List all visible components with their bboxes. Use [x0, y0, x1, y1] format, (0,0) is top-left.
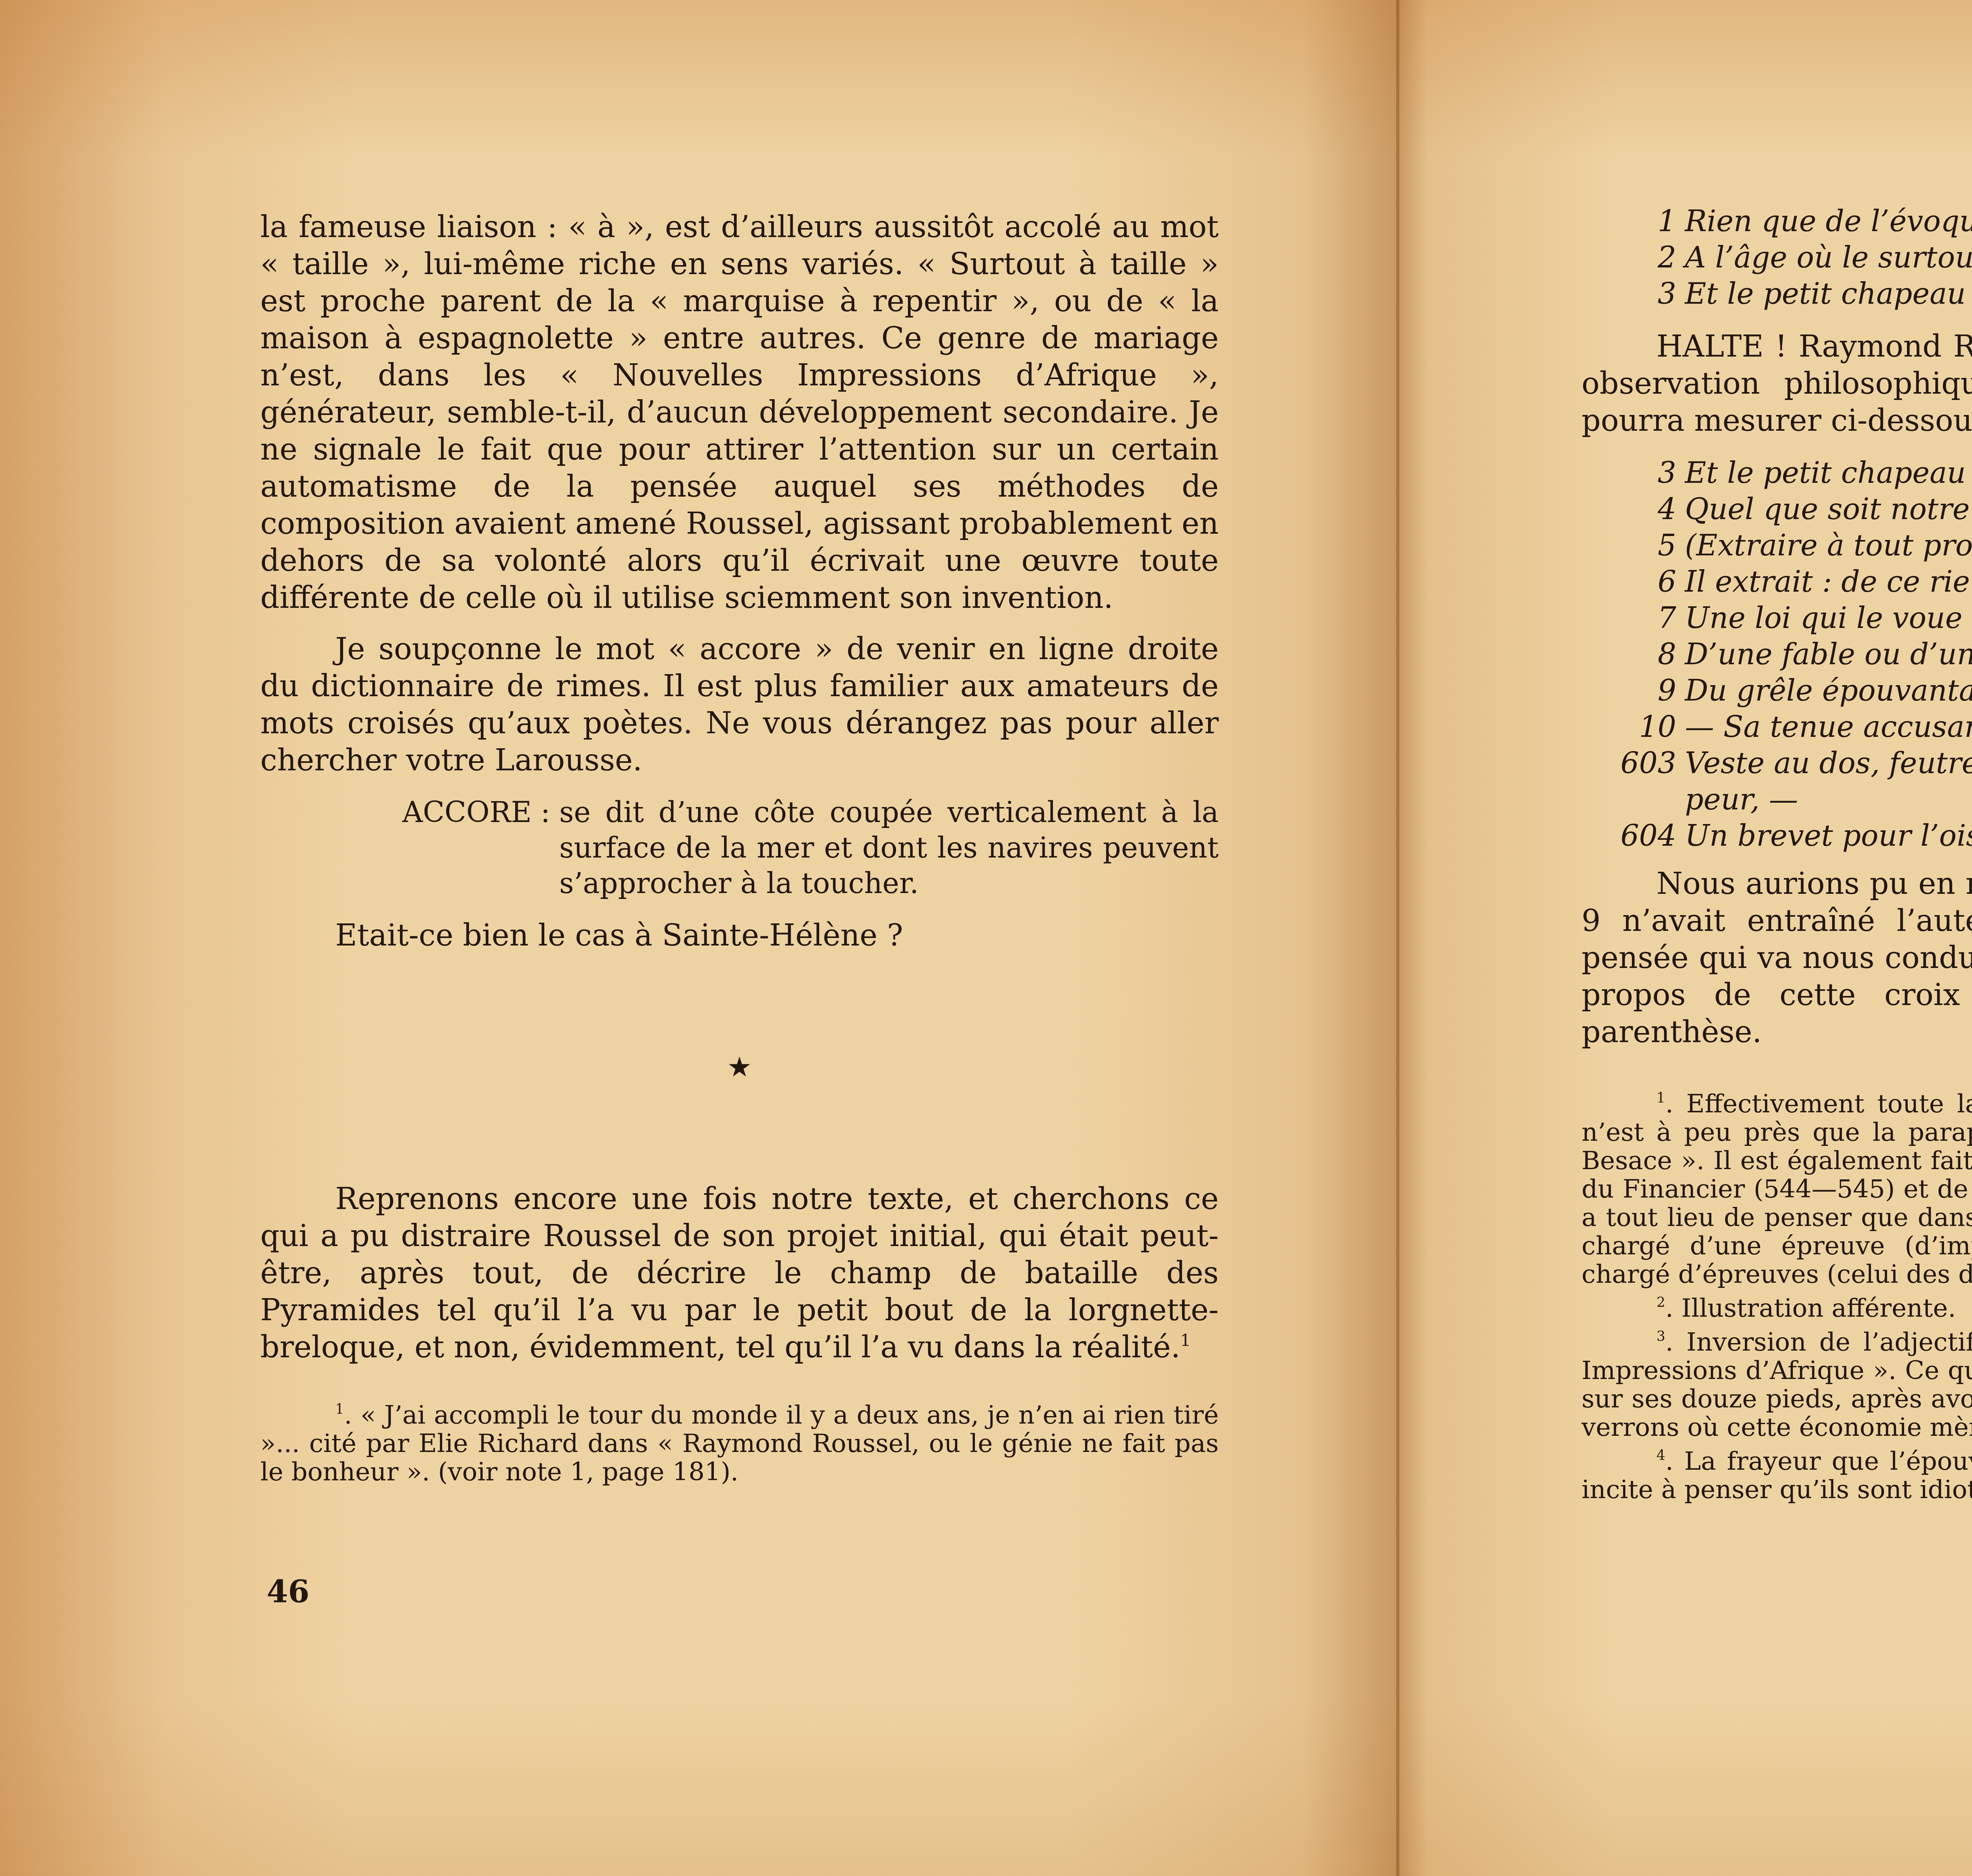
verse-text-part: D’une fable ou d’un conte une moralité ;	[1685, 637, 1972, 671]
verse-number: 604	[1582, 818, 1685, 854]
poem-line: 3Et le petit chapeau — duquel nous extra…	[1582, 455, 1972, 491]
footnote-text: . « J’ai accompli le tour du monde il y …	[260, 1401, 1219, 1487]
verse-number: 7	[1582, 600, 1685, 636]
right-page: 1Rien que de l’évoquer sur ce champ de b…	[1399, 0, 1972, 1876]
footnote-1: 1. Effectivement toute la moralité (si l…	[1582, 1090, 1972, 1289]
verse-number: 5	[1582, 527, 1685, 564]
footnote-marker: 4	[1656, 1447, 1665, 1463]
verse-text-part: Un brevet pour l’oiseau de foncière	[1685, 819, 1972, 853]
footnote-text: . Illustration afférente.	[1665, 1294, 1956, 1323]
footnote-marker: 1	[1656, 1090, 1665, 1106]
verse-text: peur, —	[1685, 781, 1972, 818]
left-page-body: la fameuse liaison : « à », est d’ailleu…	[260, 208, 1219, 1486]
footnote-text: . Effectivement toute la moralité (si l’…	[1582, 1089, 1972, 1289]
paragraph-nous-aurions: Nous aurions pu en rester là, si le mot …	[1582, 865, 1972, 1050]
footnote-3: 3. Inversion de l’adjectif presque const…	[1582, 1328, 1972, 1442]
footnote-marker: 1	[335, 1401, 344, 1417]
footnotes: 1. Effectivement toute la moralité (si l…	[1582, 1090, 1972, 1504]
verse-text: D’une fable ou d’un conte une moralité ;…	[1685, 636, 1972, 673]
poem-line: 604Un brevet pour l’oiseau de foncière3 …	[1582, 818, 1972, 854]
verse-text: Quel que soit notre bord d’intimidants r…	[1685, 491, 1972, 527]
footnote-1: 1. « J’ai accompli le tour du monde il y…	[260, 1401, 1219, 1486]
verse-number: 4	[1582, 491, 1685, 527]
verse-text-part: Du grêle épouvantail,	[1685, 674, 1972, 708]
verse-number: 3	[1582, 276, 1685, 312]
paragraph-halte: HALTE ! Raymond Roussel tient à nous fai…	[1582, 328, 1972, 439]
verse-text: A l’âge où le surtout, le long surtout à…	[1685, 239, 1972, 276]
verse-number: 3	[1582, 455, 1685, 491]
poem-line: 1Rien que de l’évoquer sur ce champ de b…	[1582, 203, 1972, 239]
verse-number: 2	[1582, 239, 1685, 276]
verse-number: 1	[1582, 203, 1685, 239]
footnote-marker: 3	[1656, 1328, 1665, 1344]
left-page: la fameuse liaison : « à », est d’ailleu…	[0, 0, 1398, 1876]
page-number-left: 46	[267, 1574, 310, 1610]
verse-text: (Extraire à tout propos est naturel à l’…	[1685, 527, 1972, 564]
verse-text: Du grêle épouvantail,2 simple croix qui …	[1685, 673, 1972, 709]
footnote-4: 4. La frayeur que l’épouvantail inoffens…	[1582, 1447, 1972, 1504]
poem-line: 603Veste au dos, feutre au front, — obje…	[1582, 745, 1972, 781]
verse-number: 10	[1582, 709, 1685, 745]
verse-text: Et le petit chapeau — duquel nous extray…	[1685, 276, 1972, 312]
verse-number: 9	[1582, 673, 1685, 709]
poem-line: 9Du grêle épouvantail,2 simple croix qui…	[1582, 673, 1972, 709]
verse-text: Il extrait : de ce rien, la chute d’une …	[1685, 564, 1972, 600]
paragraph-liaison: la fameuse liaison : « à », est d’ailleu…	[260, 208, 1219, 616]
poem-excerpt-main: 3Et le petit chapeau — duquel nous extra…	[1582, 455, 1972, 854]
poem-line: 3Et le petit chapeau — duquel nous extra…	[1582, 276, 1972, 312]
verse-text: Rien que de l’évoquer sur ce champ de ba…	[1685, 203, 1972, 239]
definition-text: se dit d’une côte coupée verticalement à…	[559, 794, 1219, 901]
verse-number: 603	[1582, 745, 1685, 781]
paragraph-reprenons-text: Reprenons encore une fois notre texte, e…	[260, 1181, 1219, 1364]
poem-line: 5(Extraire à tout propos est naturel à l…	[1582, 527, 1972, 564]
footnote-ref-1: 1	[1180, 1330, 1191, 1350]
footnote-marker: 2	[1656, 1294, 1665, 1310]
poem-line: 2A l’âge où le surtout, le long surtout …	[1582, 239, 1972, 276]
poem-line: 8D’une fable ou d’un conte une moralité …	[1582, 636, 1972, 673]
poem-excerpt-top: 1Rien que de l’évoquer sur ce champ de b…	[1582, 203, 1972, 312]
footnote-text: . La frayeur que l’épouvantail inoffensi…	[1582, 1447, 1972, 1504]
poem-line: peur, —	[1582, 781, 1972, 818]
footnote-2: 2. Illustration afférente.	[1582, 1294, 1972, 1323]
verse-text: — Sa tenue accusant la plus noire détres…	[1685, 709, 1972, 745]
verse-text: Veste au dos, feutre au front, — objet s…	[1685, 745, 1972, 781]
verse-text: Une loi qui le voue à l’immortalité ;	[1685, 600, 1972, 636]
poem-line: 6Il extrait : de ce rien, la chute d’une…	[1582, 564, 1972, 600]
paragraph-reprenons: Reprenons encore une fois notre texte, e…	[260, 1180, 1219, 1366]
verse-text: Et le petit chapeau — duquel nous extray…	[1685, 455, 1972, 491]
verse-number: 8	[1582, 636, 1685, 673]
definition-accore: ACCORE : se dit d’une côte coupée vertic…	[402, 794, 1219, 901]
star-separator-icon: ★	[260, 1048, 1219, 1086]
verse-number: 6	[1582, 564, 1685, 600]
verse-text: Un brevet pour l’oiseau de foncière3 bêt…	[1685, 818, 1972, 854]
paragraph-accore: Je soupçonne le mot « accore » de venir …	[260, 630, 1219, 779]
right-page-body: 1Rien que de l’évoquer sur ce champ de b…	[1582, 203, 1972, 1504]
verse-number	[1582, 781, 1685, 818]
question-sainte-helene: Etait-ce bien le cas à Sainte-Hélène ?	[260, 917, 1219, 954]
poem-line: 4Quel que soit notre bord d’intimidants …	[1582, 491, 1972, 527]
poem-line: 10— Sa tenue accusant la plus noire détr…	[1582, 709, 1972, 745]
footnote-text: . Inversion de l’adjectif presque consta…	[1582, 1328, 1972, 1442]
poem-line: 7Une loi qui le voue à l’immortalité ;	[1582, 600, 1972, 636]
definition-term: ACCORE :	[402, 794, 559, 901]
book-spread: la fameuse liaison : « à », est d’ailleu…	[0, 0, 1972, 1876]
